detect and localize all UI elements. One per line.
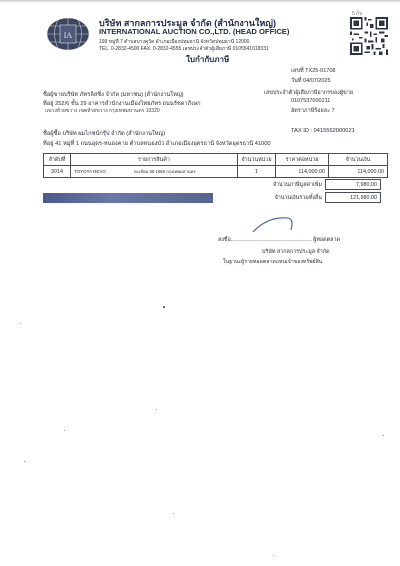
- scan-speck: [20, 323, 21, 324]
- row-unit-price: 114,000.00: [276, 166, 329, 178]
- scan-speck: [163, 306, 165, 308]
- globe-logo-icon: IA: [46, 17, 90, 51]
- signature-line: ลงชื่อ..................................…: [218, 236, 340, 244]
- row-plate: ทะเบียน 66-1966 กรุงเทพมหานคร: [134, 169, 196, 174]
- signature-role: ในฐานะผู้รายทอดตลาดแทนเจ้าของทรัพย์สิน: [223, 258, 322, 266]
- scan-speck: [64, 430, 65, 431]
- company-name-english: INTERNATIONAL AUCTION CO.,LTD. (HEAD OFF…: [99, 27, 289, 36]
- total-amount: 121,980.00: [325, 192, 381, 203]
- document-date-label: วันที่: [291, 78, 301, 84]
- document-number-value: TX25-01708: [305, 68, 335, 74]
- items-table: ลำดับที่ รายการสินค้า จำนวนหน่วย ราคาต่อ…: [43, 153, 388, 178]
- vat-amount-label: จำนวนภาษีมูลค่าเพิ่ม: [222, 181, 322, 189]
- header-amount: จำนวนเงิน: [329, 154, 388, 166]
- buyer-tax-id: TAX ID : 0415562000021: [291, 128, 355, 134]
- vat-rate: อัตราภาษีร้อยละ 7: [291, 107, 335, 115]
- row-seq: 3014: [44, 166, 71, 178]
- table-header-row: ลำดับที่ รายการสินค้า จำนวนหน่วย ราคาต่อ…: [44, 154, 388, 166]
- scan-speck: [156, 409, 157, 410]
- row-description: TOYOTA REVOทะเบียน 66-1966 กรุงเทพมหานคร: [71, 166, 238, 178]
- svg-text:IA: IA: [64, 31, 73, 40]
- document-title: ใบกำกับภาษี: [186, 53, 229, 66]
- document-number-label: เลขที่: [291, 68, 304, 74]
- scan-speck: [24, 461, 25, 462]
- seller-address-line2: แขวงห้วยขวาง เขตห้วยขวาง กรุงเทพมหานคร 1…: [45, 107, 160, 115]
- buyer-name: ชื่อผู้ซื้อ บริษัท ผมไกซน์กรุ๊ป จำกัด (ส…: [43, 128, 165, 138]
- scan-speck: [273, 555, 274, 556]
- row-model: TOYOTA REVO: [74, 169, 134, 174]
- scan-edge-shadow: [0, 0, 400, 3]
- row-amount: 114,000.00: [329, 166, 388, 178]
- header-unit-price: ราคาต่อหน่วย: [276, 154, 329, 166]
- header-quantity: จำนวนหน่วย: [238, 154, 276, 166]
- scan-speck: [383, 435, 384, 436]
- row-quantity: 1: [238, 166, 276, 178]
- signature-company: บริษัท สากลการประมูล จำกัด: [262, 248, 330, 256]
- vat-amount: 7,980.00: [325, 179, 381, 190]
- qr-code-icon: [350, 17, 388, 55]
- seller-tax-id-label: เลขประจำตัวผู้เสียภาษีอากรของผู้ขาย: [264, 89, 353, 97]
- company-contact: TEL. 0-2832-4500 FAX. 0-2832-4555 เลขประ…: [99, 45, 269, 53]
- amount-in-words-redacted-bar: [43, 193, 213, 203]
- seller-tax-id: 0107537000211: [291, 98, 330, 104]
- header-seq: ลำดับที่: [44, 154, 71, 166]
- scan-speck: [173, 513, 174, 514]
- table-row: 3014 TOYOTA REVOทะเบียน 66-1966 กรุงเทพม…: [44, 166, 388, 178]
- document-date-value: 04/07/2025: [303, 78, 331, 84]
- buyer-address: ที่อยู่ 41 หมู่ที่ 1 ถนนอุดร-หนองคาย ตำบ…: [43, 138, 271, 148]
- document-number: เลขที่ TX25-01708: [291, 67, 335, 75]
- total-amount-label: จำนวนเงินรวมทั้งสิ้น: [222, 194, 322, 202]
- header-description: รายการสินค้า: [71, 154, 238, 166]
- signature-stroke-icon: [250, 214, 300, 234]
- document-date: วันที่ 04/07/2025: [291, 77, 331, 85]
